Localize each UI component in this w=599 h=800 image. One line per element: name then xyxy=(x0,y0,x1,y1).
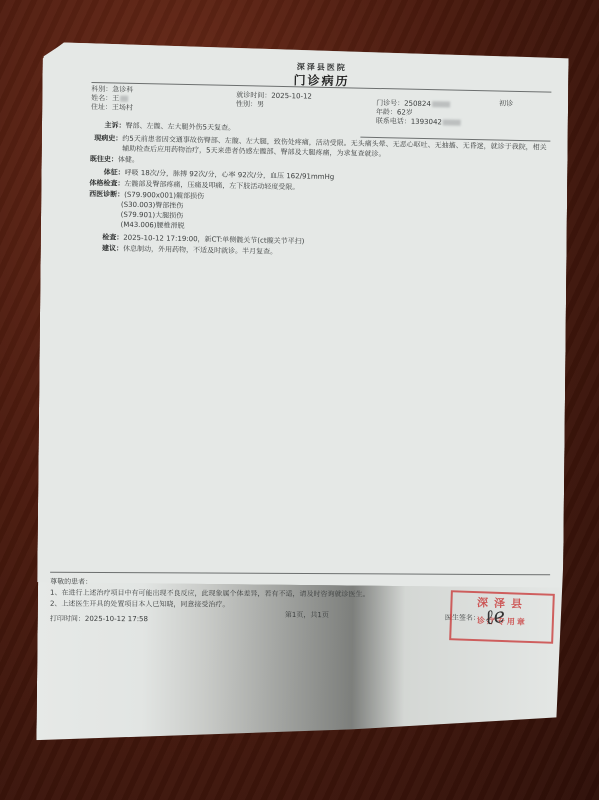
past-history-label: 既往史： xyxy=(90,154,118,165)
address-value: 王场村 xyxy=(112,103,133,111)
redaction-mark xyxy=(432,101,450,107)
visit-type: 初诊 xyxy=(499,99,513,109)
gender-value: 男 xyxy=(257,100,264,108)
page-info: 第1页，共1页 xyxy=(285,610,329,621)
phone-label: 联系电话： xyxy=(376,117,411,126)
redaction-mark xyxy=(443,119,461,125)
advice-label: 建议： xyxy=(102,243,123,253)
name-value: 王 xyxy=(112,94,119,102)
phone-field: 联系电话：1393042 xyxy=(376,116,461,128)
address-field: 住址：王场村 xyxy=(91,102,133,113)
visit-time-value: 2025-10-12 xyxy=(271,92,312,101)
print-time-value: 2025-10-12 17:58 xyxy=(85,615,148,623)
divider xyxy=(50,572,550,576)
doctor-signature: ℓe xyxy=(483,602,507,630)
exam-label: 检查： xyxy=(102,232,123,242)
redaction-mark xyxy=(120,96,128,102)
medical-record: 深泽县医院 门诊病历 科别：急诊科 姓名：王 住址：王场村 就诊时间：2025-… xyxy=(88,58,552,263)
vitals-label: 体征： xyxy=(104,167,125,177)
present-illness-label: 现病史： xyxy=(94,133,122,154)
diagnosis-label: 西医诊断： xyxy=(89,189,124,200)
physical-exam-label: 体格检查： xyxy=(89,178,124,189)
gender-field: 性别：男 xyxy=(236,99,264,110)
gender-label: 性别： xyxy=(236,100,257,108)
address-label: 住址： xyxy=(91,103,112,111)
print-time-label: 打印时间： xyxy=(50,615,85,623)
chief-complaint-label: 主诉： xyxy=(104,120,125,130)
phone-value: 1393042 xyxy=(411,118,442,127)
